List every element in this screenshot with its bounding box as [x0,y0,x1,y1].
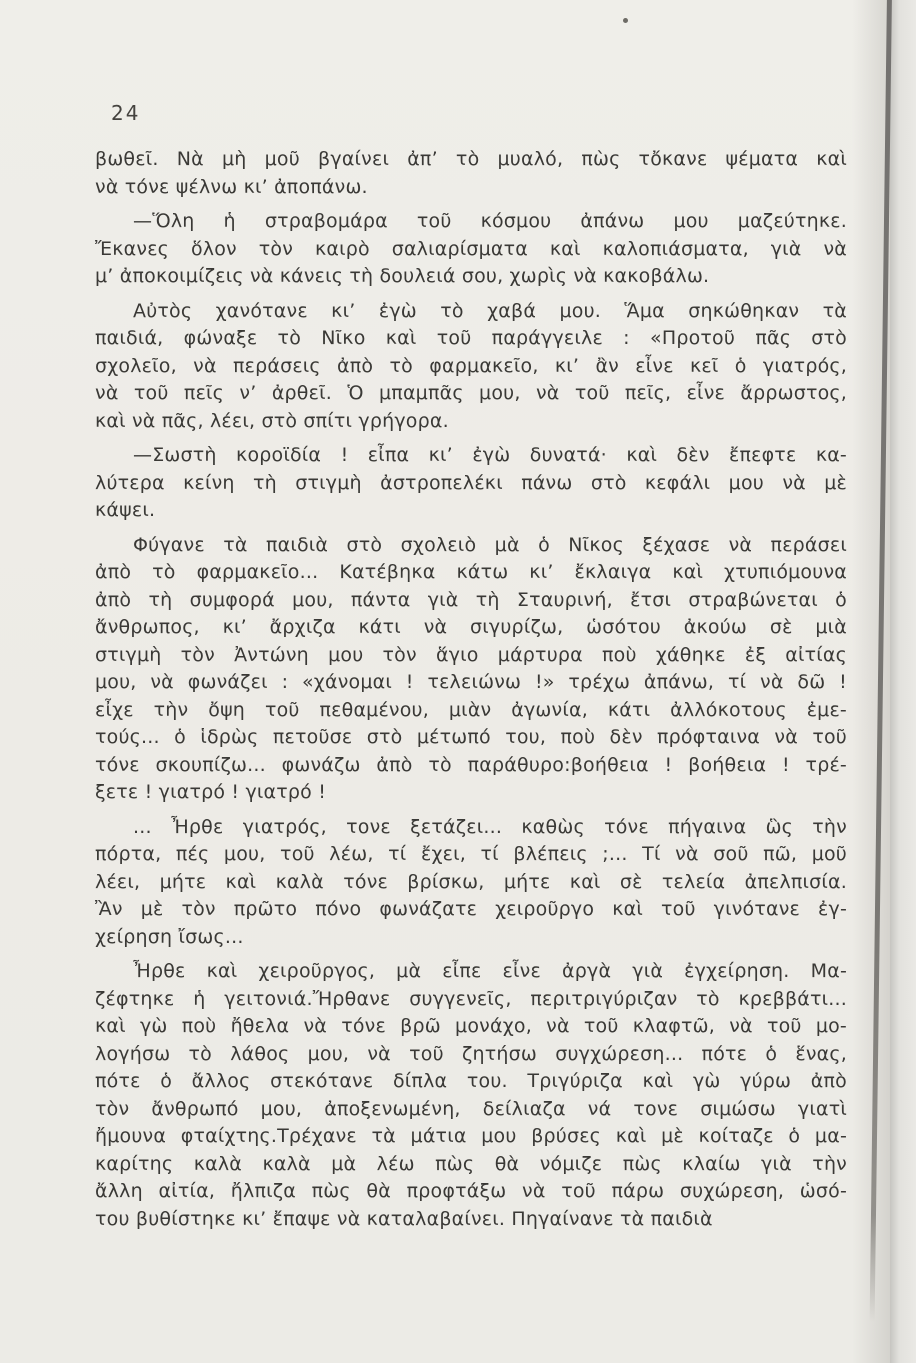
text-line: —Σωστὴ κοροϊδία ! εἶπα κι’ ἐγὼ δυνατά· κ… [95,442,847,470]
text-line: χείρηση ἴσως... [95,924,847,952]
text-line: Φύγανε τὰ παιδιὰ στὸ σχολειὸ μὰ ὁ Νῖκος … [95,532,847,560]
scan-speck [623,18,628,23]
text-line: —Ὅλη ἡ στραβομάρα τοῦ κόσμου ἀπάνω μου μ… [95,208,847,236]
text-block: βωθεῖ. Νὰ μὴ μοῦ βγαίνει ἀπ’ τὸ μυαλό, π… [95,146,847,1233]
text-line: σχολεῖο, νὰ περάσεις ἀπὸ τὸ φαρμακεῖο, κ… [95,353,847,381]
scanned-book-page: { "page": { "number": "24", "lines": [ "… [0,0,916,1363]
text-line: ξετε ! γιατρό ! γιατρό ! [95,779,847,807]
text-line: ἄνθρωπος, κι’ ἄρχιζα κάτι νὰ σιγυρίζω, ὡ… [95,614,847,642]
text-line: κάψει. [95,497,847,525]
text-line: τόνε σκουπίζω... φωνάζω ἀπὸ τὸ παράθυρο:… [95,752,847,780]
text-line: ἀπὸ τὴ συμφορά μου, πάντα γιὰ τὴ Σταυριν… [95,587,847,615]
text-line: πόρτα, πές μου, τοῦ λέω, τί ἔχει, τί βλέ… [95,841,847,869]
text-line: παιδιά, φώναξε τὸ Νῖκο καὶ τοῦ παράγγειλ… [95,325,847,353]
text-line: μ’ ἀποκοιμίζεις νὰ κάνεις τὴ δουλειά σου… [95,263,847,291]
text-line: βωθεῖ. Νὰ μὴ μοῦ βγαίνει ἀπ’ τὸ μυαλό, π… [95,146,847,174]
text-line: στιγμὴ τὸν Ἀντώνη μου τὸν ἅγιο μάρτυρα π… [95,642,847,670]
text-line: Αὐτὸς χανότανε κι’ ἐγὼ τὸ χαβά μου. Ἅμα … [95,298,847,326]
text-line: τὸν ἄνθρωπό μου, ἀποξενωμένη, δείλιαζα ν… [95,1096,847,1124]
text-line: καὶ γὼ ποὺ ἤθελα νὰ τόνε βρῶ μονάχο, νὰ … [95,1013,847,1041]
text-line: ἤμουνα φταίχτης.Τρέχανε τὰ μάτια μου βρύ… [95,1123,847,1151]
text-line: Ἂν μὲ τὸν πρῶτο πόνο φωνάζατε χειροῦργο … [95,896,847,924]
scan-background-strip [890,0,916,1363]
text-line: λογήσω τὸ λάθος μου, νὰ τοῦ ζητήσω συγχώ… [95,1041,847,1069]
text-line: Ἔκανες ὅλον τὸν καιρὸ σαλιαρίσματα καὶ κ… [95,236,847,264]
text-line: εἶχε τὴν ὄψη τοῦ πεθαμένου, μιὰν ἀγωνία,… [95,697,847,725]
text-line: πότε ὁ ἄλλος στεκότανε δίπλα του. Τριγύρ… [95,1068,847,1096]
text-line: Ἦρθε καὶ χειροῦργος, μὰ εἶπε εἶνε ἀργὰ γ… [95,958,847,986]
text-line: καὶ νὰ πᾶς, λέει, στὸ σπίτι γρήγορα. [95,408,847,436]
text-line: νὰ τοῦ πεῖς ν’ ἀρθεῖ. Ὁ μπαμπᾶς μου, νὰ … [95,380,847,408]
text-line: νὰ τόνε ψέλνω κι’ ἀποπάνω. [95,174,847,202]
text-line: του βυθίστηκε κι’ ἔπαψε νὰ καταλαβαίνει.… [95,1206,847,1234]
text-line: τούς... ὁ ἱδρὼς πετοῦσε στὸ μέτωπό του, … [95,724,847,752]
text-line: ἀπὸ τὸ φαρμακεῖο... Κατέβηκα κάτω κι’ ἔκ… [95,559,847,587]
page-number: 24 [111,101,140,125]
text-line: λύτερα κείνη τὴ στιγμὴ ἀστροπελέκι πάνω … [95,470,847,498]
text-line: ... Ἦρθε γιατρός, τονε ξετάζει... καθὼς … [95,814,847,842]
text-line: ἄλλη αἰτία, ἤλπιζα πὼς θὰ προφτάξω νὰ το… [95,1178,847,1206]
text-line: ζέφτηκε ἡ γειτονιά.Ἤρθανε συγγενεῖς, περ… [95,986,847,1014]
text-line: μου, νὰ φωνάζει : «χάνομαι ! τελειώνω !»… [95,669,847,697]
text-line: καρίτης καλὰ καλὰ μὰ λέω πὼς θὰ νόμιζε π… [95,1151,847,1179]
text-line: λέει, μήτε καὶ καλὰ τόνε βρίσκω, μήτε κα… [95,869,847,897]
